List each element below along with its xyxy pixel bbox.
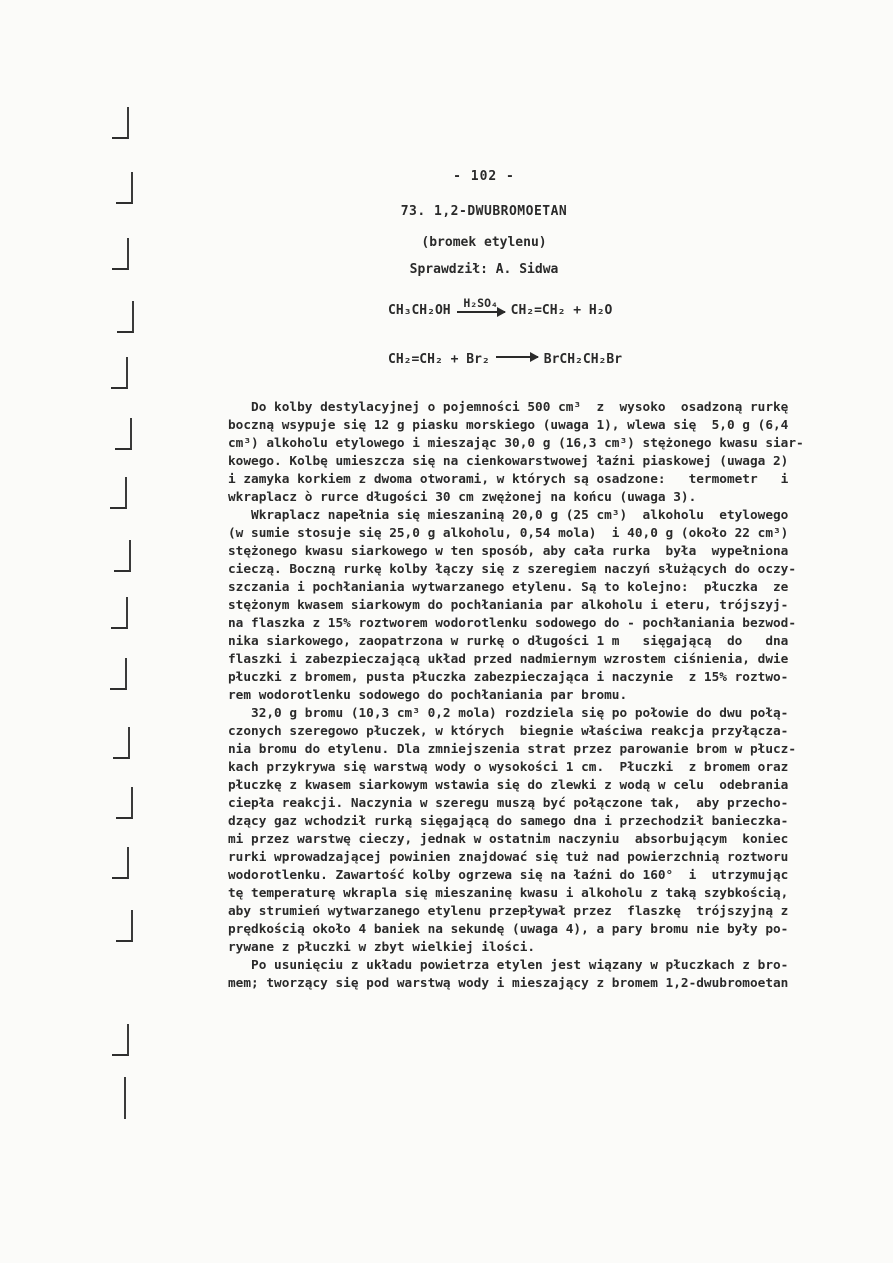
binding-mark [112,107,129,139]
section-subtitle: (bromek etylenu) [421,235,546,250]
paragraph-1: Do kolby destylacyjnej o pojemności 500 … [228,399,828,507]
reaction-1-product: CH₂=CH₂ + H₂O [511,303,613,319]
binding-mark [124,1077,126,1119]
paragraph-2: Wkraplacz napełnia się mieszaniną 20,0 g… [228,507,828,705]
binding-mark [110,658,127,690]
checked-by-line: Sprawdził: A. Sidwa [410,262,559,277]
binding-mark [112,1024,129,1056]
binding-mark [116,172,133,204]
binding-mark [114,540,131,572]
paragraph-4: Po usunięciu z układu powietrza etylen j… [228,957,828,993]
binding-mark [116,787,133,819]
reaction-2-product: BrCH₂CH₂Br [544,352,622,368]
binding-mark [112,238,129,270]
binding-mark [111,597,128,629]
binding-mark [116,910,133,942]
reaction-equation-2: CH₂=CH₂ + Br₂ BrCH₂CH₂Br [388,352,622,368]
right-arrow-icon [457,311,505,313]
binding-mark [112,847,129,879]
reaction-equation-1: CH₃CH₂OH H₂SO₄ CH₂=CH₂ + H₂O [388,297,612,319]
binding-mark [110,477,127,509]
binding-mark [115,418,132,450]
reaction-2-reactant: CH₂=CH₂ + Br₂ [388,352,490,368]
reaction-1-reactant: CH₃CH₂OH [388,303,451,319]
reaction-1-condition: H₂SO₄ [463,297,498,309]
body-text: Do kolby destylacyjnej o pojemności 500 … [228,399,828,993]
binding-mark [113,727,130,759]
reaction-1-arrow-group: H₂SO₄ [457,297,505,319]
page-number: - 102 - [453,169,515,184]
section-title: 73. 1,2-DWUBROMOETAN [401,204,568,219]
right-arrow-icon [496,356,538,358]
paragraph-3: 32,0 g bromu (10,3 cm³ 0,2 mola) rozdzie… [228,705,828,957]
binding-mark [111,357,128,389]
reaction-2-arrow-group [496,356,538,364]
binding-mark [117,301,134,333]
document-page: - 102 - 73. 1,2-DWUBROMOETAN (bromek ety… [0,0,893,1263]
